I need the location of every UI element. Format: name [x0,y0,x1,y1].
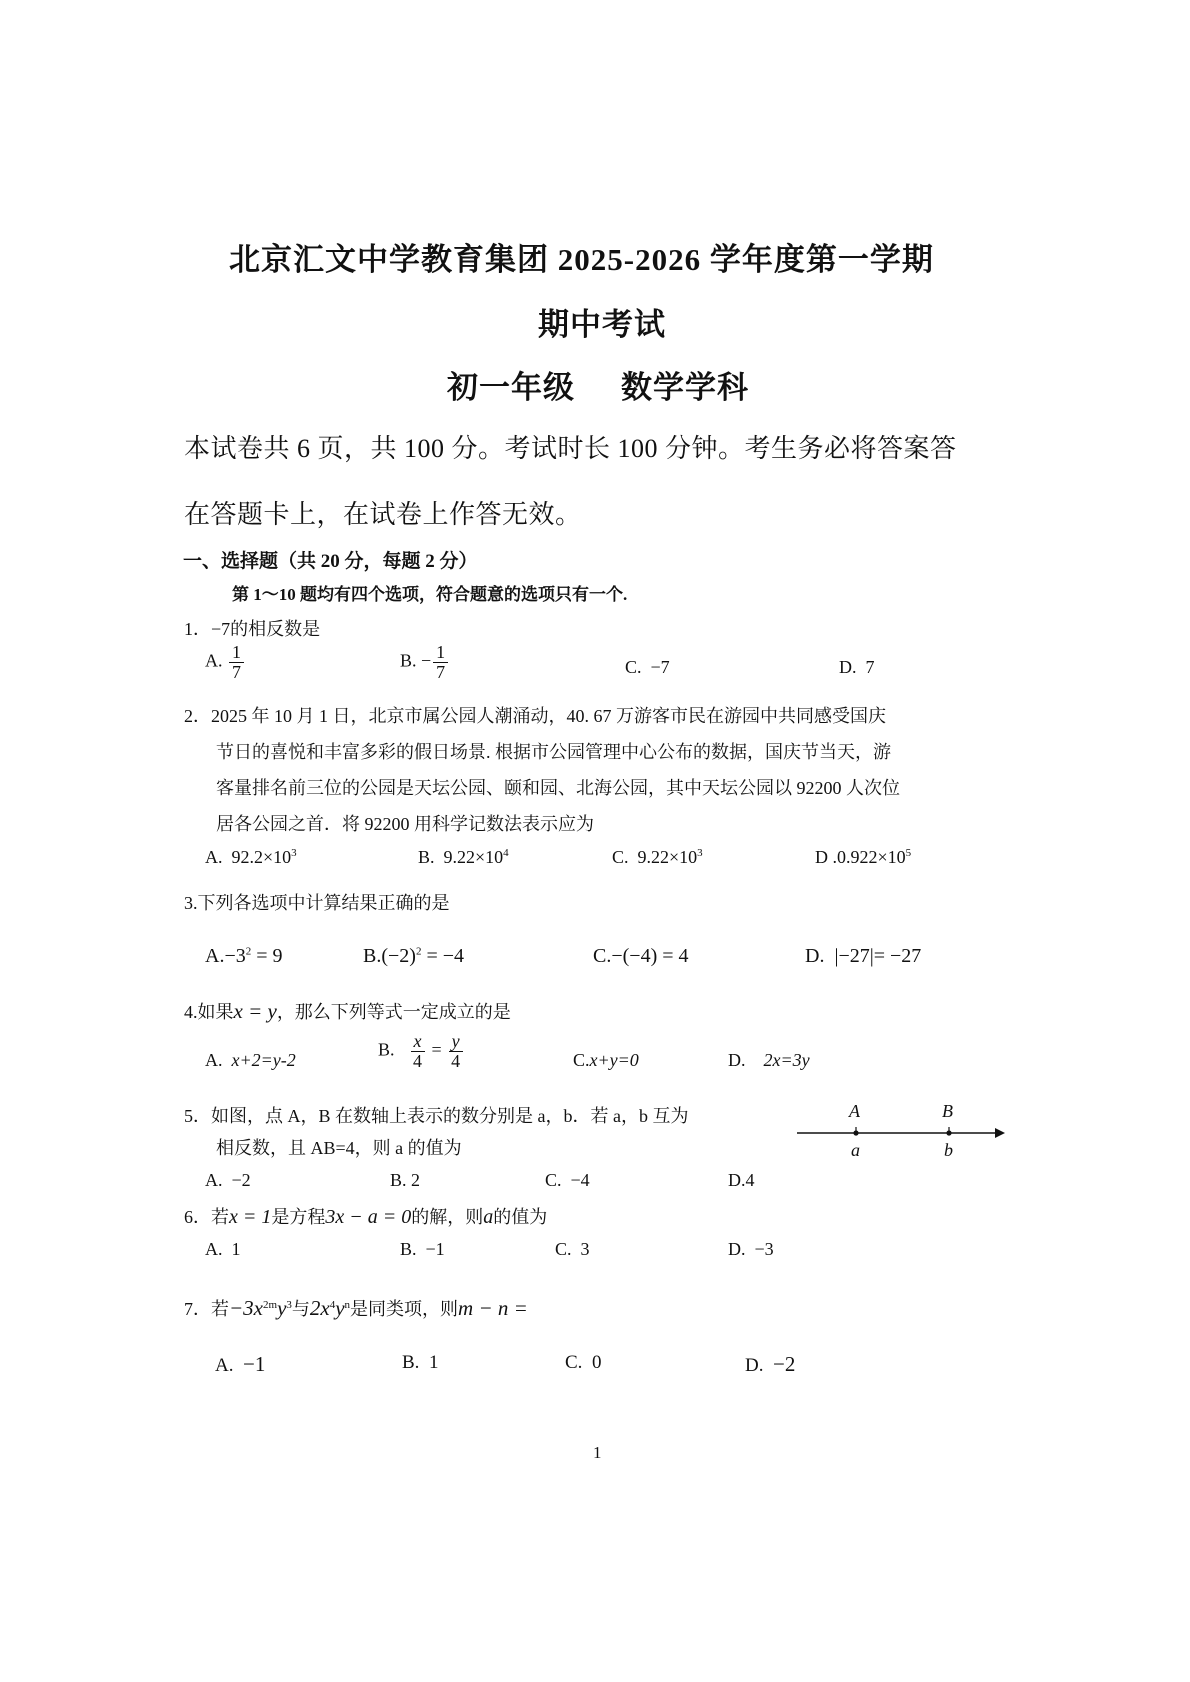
q4-option-a[interactable]: A. x+2=y-2 [205,1050,296,1071]
fraction: 17 [229,643,244,682]
value-label-b: b [944,1140,953,1161]
q6-option-d[interactable]: D. −3 [728,1239,774,1260]
point-label-a: A [849,1101,860,1122]
q6-option-c[interactable]: C. 3 [555,1239,590,1260]
question-5-stem-line-2: 相反数，且 AB=4，则 a 的值为 [216,1134,462,1160]
q1-option-b[interactable]: B. −17 [400,643,450,682]
q5-option-b[interactable]: B. 2 [390,1170,420,1191]
q1-option-d[interactable]: D. 7 [839,657,875,678]
fraction: x4 [410,1032,425,1071]
question-7-stem: 7．若−3x2my3与2x4yn是同类项，则m − n = [184,1295,528,1321]
question-4-stem: 4.如果x = y，那么下列等式一定成立的是 [184,998,511,1024]
section-heading: 一、选择题（共 20 分，每题 2 分） [183,546,478,573]
q5-option-a[interactable]: A. −2 [205,1170,251,1191]
q2-option-a[interactable]: A. 92.2×103 [205,847,297,868]
q5-option-d[interactable]: D.4 [728,1170,755,1191]
point-label-b: B [942,1101,953,1122]
instructions-line-2: 在答题卡上，在试卷上作答无效。 [184,494,582,531]
question-2-stem-line-4: 居各公园之首．将 92200 用科学记数法表示应为 [216,810,594,836]
q2-option-d[interactable]: D .0.922×105 [815,847,911,868]
page-number: 1 [593,1443,602,1463]
q4-option-b[interactable]: B. x4 = y4 [378,1032,465,1071]
q3-option-b[interactable]: B.(−2)2 = −4 [363,945,464,968]
question-6-stem: 6．若x = 1是方程3x − a = 0的解，则a的值为 [184,1203,547,1229]
q4-option-c[interactable]: C.x+y=0 [573,1050,639,1071]
q4-option-d[interactable]: D. 2x=3y [728,1050,810,1071]
section-note: 第 1～10 题均有四个选项，符合题意的选项只有一个. [232,580,627,605]
q7-option-d[interactable]: D. −2 [745,1352,795,1377]
question-2-stem-line-2: 节日的喜悦和丰富多彩的假日场景. 根据市公园管理中心公布的数据，国庆节当天，游 [216,738,891,764]
question-5-stem-line-1: 5．如图，点 A，B 在数轴上表示的数分别是 a，b．若 a，b 互为 [184,1102,688,1128]
q3-option-a[interactable]: A.−32 = 9 [205,945,283,968]
q2-option-c[interactable]: C. 9.22×103 [612,847,703,868]
q3-option-d[interactable]: D. |−27|= −27 [805,945,921,968]
q7-option-b[interactable]: B. 1 [402,1352,438,1374]
q1-option-a[interactable]: A. 17 [205,643,246,682]
q6-option-a[interactable]: A. 1 [205,1239,241,1260]
fraction: 17 [433,643,448,682]
question-2-stem-line-1: 2．2025 年 10 月 1 日，北京市属公园人潮涌动，40. 67 万游客市… [184,702,886,728]
value-label-a: a [851,1140,860,1161]
question-2-stem-line-3: 客量排名前三位的公园是天坛公园、颐和园、北海公园，其中天坛公园以 92200 人… [216,774,900,800]
q7-option-c[interactable]: C. 0 [565,1352,601,1374]
q1-option-c[interactable]: C. −7 [625,657,670,678]
exam-subtitle: 期中考试 [538,299,666,344]
q6-option-b[interactable]: B. −1 [400,1239,445,1260]
question-1-stem: 1．−7的相反数是 [184,615,320,641]
exam-title: 北京汇文中学教育集团 2025-2026 学年度第一学期 [229,234,934,279]
question-3-stem: 3.下列各选项中计算结果正确的是 [184,889,450,915]
instructions-line-1: 本试卷共 6 页，共 100 分。考试时长 100 分钟。考生务必将答案答 [184,428,957,465]
number-line-figure: A B a b [795,1105,1005,1165]
number-line-icon [795,1105,1005,1165]
grade-subject: 初一年级数学学科 [447,362,749,407]
q3-option-c[interactable]: C.−(−4) = 4 [593,945,689,968]
grade: 初一年级 [447,370,575,405]
subject: 数学学科 [621,370,749,405]
q7-option-a[interactable]: A. −1 [215,1352,265,1377]
fraction: y4 [448,1032,463,1071]
q5-option-c[interactable]: C. −4 [545,1170,590,1191]
q2-option-b[interactable]: B. 9.22×104 [418,847,509,868]
